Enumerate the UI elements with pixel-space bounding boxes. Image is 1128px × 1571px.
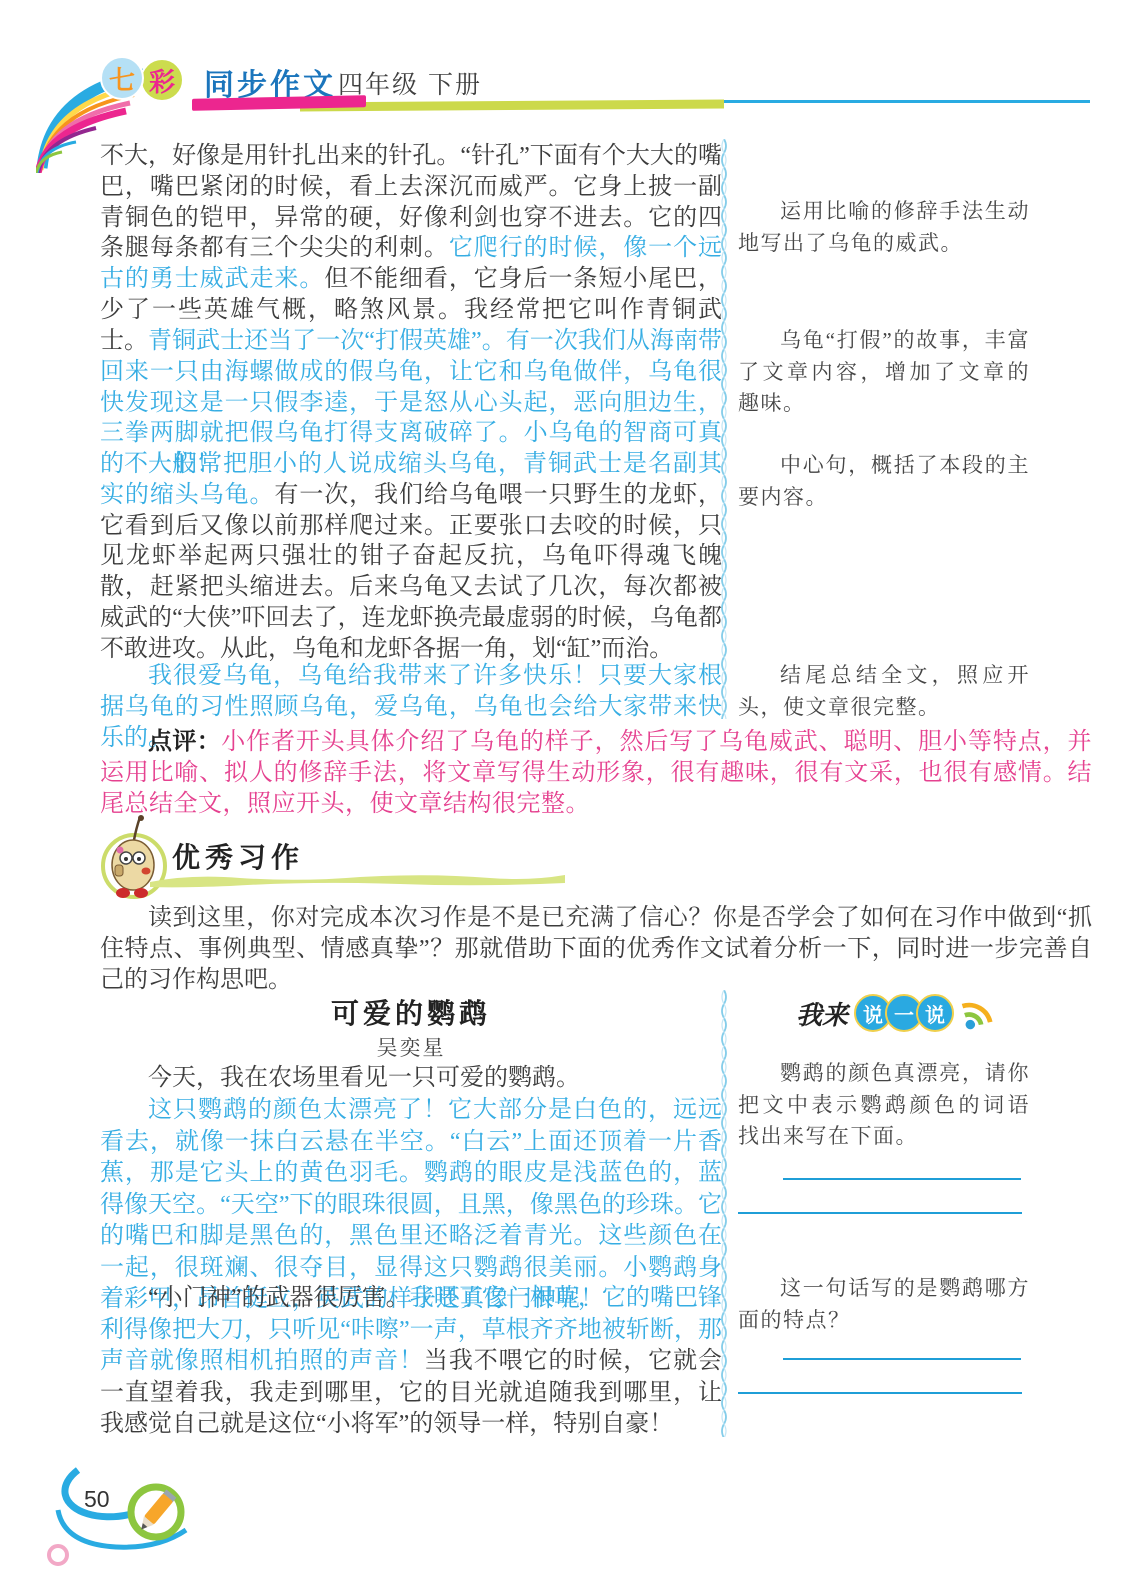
turtle-paragraph-3: 人们常把胆小的人说成缩头乌龟，青铜武士是名副其实的缩头乌龟。有一次，我们给乌龟喂… [100,449,722,665]
answer-line-2b [738,1392,1022,1394]
essay-author: 吴奕星 [100,1032,722,1062]
review-label: 点评： [148,728,221,755]
answer-line-1a [783,1178,1021,1180]
review-paragraph: 点评：小作者开头具体介绍了乌龟的样子，然后写了乌龟威武、聪明、胆小等特点，并运用… [100,727,1092,819]
footer-swirl-pencil-icon [46,1460,201,1568]
book-page: 七 彩 同步作文 四年级 下册 不大，好像是用针扎出来的针孔。“针孔”下面有个大… [0,0,1128,1571]
badge-prefix: 我来 [796,995,848,1032]
side-note-3: 中心句，概括了本段的主要内容。 [738,450,1030,513]
question-2: 这一句话写的是鹦鹉哪方面的特点？ [738,1273,1030,1336]
header-rule-cyan [724,100,1090,103]
section-intro: 读到这里，你对完成本次习作是不是已充满了信心？你是否学会了如何在习作中做到“抓住… [100,903,1092,995]
side-note-4: 结尾总结全文，照应开头，使文章很完整。 [738,660,1030,723]
rss-icon [960,996,994,1030]
question-1: 鹦鹉的颜色真漂亮，请你把文中表示鹦鹉颜色的词语找出来写在下面。 [738,1058,1030,1153]
logo-circle-qi: 七 [100,56,144,100]
parrot-paragraph-1: 今天，我在农场里看见一只可爱的鹦鹉。 [100,1063,722,1095]
logo-circle-cai: 彩 [140,58,184,102]
answer-line-2a [783,1358,1021,1360]
side-note-1: 运用比喻的修辞手法生动地写出了乌龟的威武。 [738,196,1030,259]
section-underline-swoosh [150,870,565,888]
page-number: 50 [84,1486,110,1513]
turtle-paragraph-1: 不大，好像是用针扎出来的针孔。“针孔”下面有个大大的嘴巴，嘴巴紧闭的时候，看上去… [100,141,722,357]
parrot-paragraph-3: “小门神”的武器很厉害。我喂了它一根草，它的嘴巴锋利得像把大刀，只听见“咔嚓”一… [100,1283,722,1441]
side-note-2: 乌龟“打假”的故事，丰富了文章内容，增加了文章的趣味。 [738,325,1030,420]
review-text: 小作者开头具体介绍了乌龟的样子，然后写了乌龟威武、聪明、胆小等特点，并运用比喻、… [100,729,1092,817]
speak-badge: 我来 说 一 说 [796,994,994,1032]
answer-line-1b [738,1212,1022,1214]
essay-title: 可爱的鹦鹉 [100,992,722,1032]
badge-bubble-3: 说 [916,994,954,1032]
